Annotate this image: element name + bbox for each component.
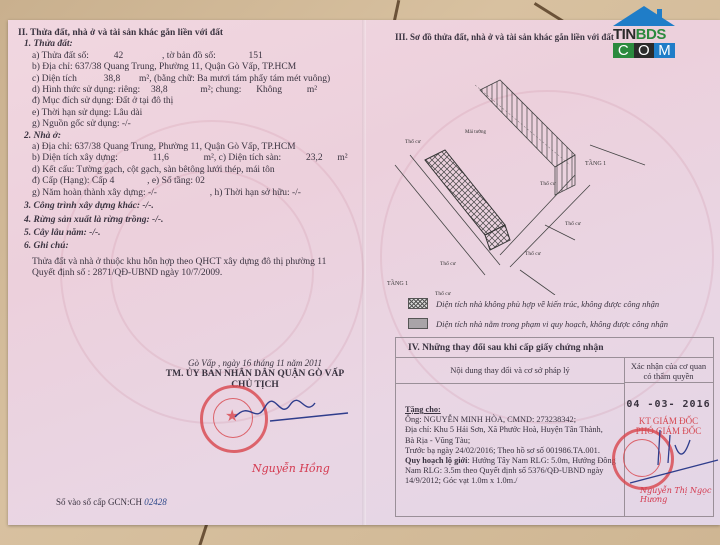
house-roof-icon <box>613 6 675 26</box>
place-date: Gò Vấp , ngày 16 tháng 11 năm 2011 <box>150 358 360 369</box>
house-heading: 2. Nhà ở: <box>18 131 358 142</box>
floor-area: 23,2 <box>306 153 323 163</box>
origin: -/- <box>122 119 131 129</box>
section3-title: III. Sơ đồ thửa đất, nhà ở và tài sản kh… <box>395 32 614 42</box>
land-area: 38,8 <box>104 74 121 84</box>
completed-line: g) Năm hoàn thành xây dựng: -/- , h) Thờ… <box>18 188 358 199</box>
perennial: 5. Cây lâu năm: -/-. <box>18 228 358 239</box>
notes-line-1: Thửa đất và nhà ở thuộc khu hỗn hợp theo… <box>18 257 358 268</box>
build-area-line: b) Diện tích xây dựng: 11,6 m², c) Diện … <box>18 153 358 164</box>
area-label: c) Diện tích <box>32 74 77 84</box>
svg-text:Thổ cư: Thổ cư <box>440 260 457 267</box>
entry-line-4: Trước bạ ngày 24/02/2016; Theo hồ sơ số … <box>405 446 623 456</box>
ownership: -/- <box>292 188 301 198</box>
floors: 02 <box>195 176 205 186</box>
entry-plan: Quy hoạch lộ giới: Hướng Tây Nam RLG: 5.… <box>405 456 623 487</box>
purpose-label: đ) Mục đích sử dụng: <box>32 96 114 106</box>
grade-label: đ) Cấp (Hạng): <box>32 176 90 186</box>
origin-label: g) Nguồn gốc sử dụng: <box>32 119 119 129</box>
issuer-role: CHỦ TỊCH <box>150 380 360 391</box>
use-form-line: d) Hình thức sử dụng: riêng: 38,8 m²; ch… <box>18 85 358 96</box>
col2-line1: Xác nhận của cơ quan <box>624 361 713 371</box>
forest: 4. Rừng sản xuất là rừng trồng: -/-. <box>18 215 358 226</box>
other-construction: 3. Công trình xây dựng khác: -/-. <box>18 201 358 212</box>
change-entry: Tặng cho: Ông: NGUYỄN MINH HÒA, CMND: 27… <box>405 405 623 487</box>
svg-text:Thổ cư: Thổ cư <box>540 180 557 187</box>
map-number: 151 <box>249 51 263 61</box>
house-address: 637/38 Quang Trung, Phường 11, Quận Gò V… <box>74 142 295 152</box>
land-area-line: c) Diện tích 38,8 m², (bằng chữ: Ba mươi… <box>18 74 358 85</box>
logo-m: M <box>654 43 675 58</box>
structure-label: d) Kết cấu: <box>32 165 74 175</box>
entry-line-3: Bà Rịa - Vũng Tàu; <box>405 436 623 446</box>
house-address-line: a) Địa chỉ: 637/38 Quang Trung, Phường 1… <box>18 142 358 153</box>
structure: Tường gạch, cột gạch, sàn bêtông lưới th… <box>76 165 274 175</box>
entry-line-1: Ông: NGUYỄN MINH HÒA, CMND: 273238342; <box>405 415 623 425</box>
use-common: Không <box>256 85 282 95</box>
plan-label: Quy hoạch lộ giới <box>405 456 467 465</box>
parcel-label: a) Thửa đất số: <box>32 51 89 61</box>
entry-line-2: Địa chỉ: Khu 5 Hải Sơn, Xã Phước Hoà, Hu… <box>405 425 623 435</box>
land-address-line: b) Địa chỉ: 637/38 Quang Trung, Phường 1… <box>18 62 358 73</box>
confirm-signature-scribble <box>620 425 720 485</box>
entry-type: Tặng cho: <box>405 405 623 415</box>
legend-item-hatch: Diện tích nhà không phù hợp về kiến trúc… <box>408 298 659 309</box>
section2-title: II. Thửa đất, nhà ở và tài sản khác gắn … <box>18 28 358 39</box>
address-label: b) Địa chỉ: <box>32 62 73 72</box>
section4-title: IV. Những thay đổi sau khi cấp giấy chứn… <box>396 338 713 358</box>
notes-line-2: Quyết định số : 2871/QĐ-UBND ngày 10/7/2… <box>18 268 358 279</box>
ownership-label: , h) Thời hạn sở hữu: <box>210 188 290 198</box>
svg-text:TẦNG 1: TẦNG 1 <box>387 279 408 287</box>
purpose: Đất ở tại đô thị <box>116 96 173 106</box>
map-label: , tờ bản đồ số: <box>162 51 216 61</box>
use-common-label: m²; chung: <box>200 85 241 95</box>
signature-scribble <box>230 395 350 425</box>
hatch-swatch <box>408 298 428 309</box>
col-header-content: Nội dung thay đổi và cơ sở pháp lý <box>396 358 625 384</box>
floor-area-label: m², c) Diện tích sàn: <box>204 153 282 163</box>
floor-label: TẦNG 1 <box>585 159 606 167</box>
term-line: e) Thời hạn sử dụng: Lâu dài <box>18 108 358 119</box>
svg-text:Thổ cư: Thổ cư <box>405 138 422 145</box>
tinbds-logo: TINBDS C O M <box>613 6 675 58</box>
svg-text:Thổ cư: Thổ cư <box>565 220 582 227</box>
completed-label: g) Năm hoàn thành xây dựng: <box>32 188 146 198</box>
logo-text-top: TINBDS <box>613 28 675 42</box>
registry-number: Số vào sổ cấp GCN:CH 02428 <box>56 497 167 507</box>
parcel-number: 42 <box>114 51 124 61</box>
land-heading: 1. Thửa đất: <box>18 39 358 50</box>
term-label: e) Thời hạn sử dụng: <box>32 108 111 118</box>
structure-line: d) Kết cấu: Tường gạch, cột gạch, sàn bê… <box>18 165 358 176</box>
issuing-org: TM. ỦY BAN NHÂN DÂN QUẬN GÒ VẤP <box>150 369 360 380</box>
confirm-signer-name: Nguyễn Thị Ngọc Hương <box>640 486 720 504</box>
logo-text-bottom: C O M <box>613 43 675 58</box>
col-header-confirm: Xác nhận của cơ quan có thẩm quyền <box>624 358 713 383</box>
logo-o: O <box>634 43 655 58</box>
use-private: 38,8 <box>151 85 168 95</box>
land-address: 637/38 Quang Trung, Phường 11, Quận Gò V… <box>75 62 296 72</box>
house-address-label: a) Địa chỉ: <box>32 142 72 152</box>
grade-line: đ) Cấp (Hạng): Cấp 4 , e) Số tầng: 02 <box>18 176 358 187</box>
confirm-date: 04 -03- 2016 <box>624 399 713 410</box>
land-area-text: m², (bằng chữ: Ba mươi tám phẩy tám mét … <box>139 74 330 84</box>
notes-heading: 6. Ghi chú: <box>18 241 358 252</box>
land-plot-diagram: TẦNG 1 Thổ cư Thổ cư Thổ cư Thổ cư Thổ c… <box>375 55 675 295</box>
completed: -/- <box>148 188 157 198</box>
logo-tin: TIN <box>613 26 636 43</box>
grade: Cấp 4 <box>92 176 114 186</box>
legend-text: Diện tích nhà nằm trong phạm vi quy hoạc… <box>436 319 668 329</box>
build-area: 11,6 <box>153 153 169 163</box>
use-form-label: d) Hình thức sử dụng: riêng: <box>32 85 140 95</box>
svg-text:Mái tường: Mái tường <box>465 130 487 135</box>
legend-text: Diện tích nhà không phù hợp về kiến trúc… <box>436 299 659 309</box>
section-land-house: II. Thửa đất, nhà ở và tài sản khác gắn … <box>18 28 358 280</box>
svg-text:Thổ cư: Thổ cư <box>435 290 452 295</box>
build-area-label: b) Diện tích xây dựng: <box>32 153 118 163</box>
legend-item-gray: Diện tích nhà nằm trong phạm vi quy hoạc… <box>408 318 668 329</box>
origin-line: g) Nguồn gốc sử dụng: -/- <box>18 119 358 130</box>
logo-c: C <box>613 43 634 58</box>
floors-label: , e) Số tầng: <box>147 176 193 186</box>
registry-value: 02428 <box>144 497 167 507</box>
purpose-line: đ) Mục đích sử dụng: Đất ở tại đô thị <box>18 96 358 107</box>
unit: m² <box>337 153 347 163</box>
gray-swatch <box>408 318 428 329</box>
term: Lâu dài <box>114 108 143 118</box>
parcel-line: a) Thửa đất số: 42 , tờ bản đồ số: 151 <box>18 51 358 62</box>
logo-bds: BDS <box>636 26 666 43</box>
svg-text:Thổ cư: Thổ cư <box>525 250 542 257</box>
unit: m² <box>307 85 317 95</box>
left-signature-block: Gò Vấp , ngày 16 tháng 11 năm 2011 TM. Ủ… <box>150 358 360 391</box>
registry-label: Số vào sổ cấp GCN:CH <box>56 497 142 507</box>
left-signer-name: Nguyễn Hồng <box>252 462 330 475</box>
table-crease <box>393 0 401 22</box>
chimney-icon <box>657 9 662 19</box>
col2-line2: có thẩm quyền <box>624 371 713 381</box>
